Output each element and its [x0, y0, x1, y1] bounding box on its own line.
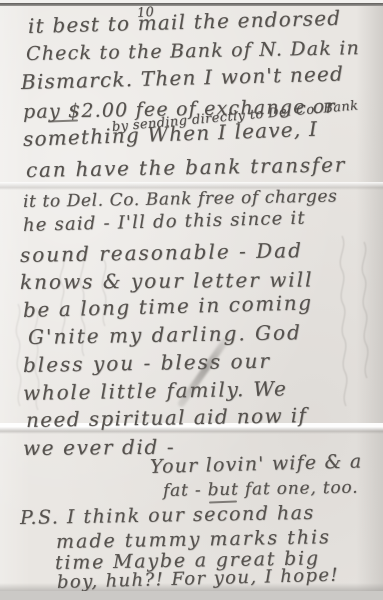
- handwritten-line: it best to mail the endorsed: [28, 6, 342, 38]
- handwritten-line: bless you - bless our: [23, 349, 271, 377]
- handwritten-line: knows & your letter will: [20, 267, 314, 294]
- bleed-through-marks: [330, 232, 380, 416]
- handwritten-line: G'nite my darling. God: [28, 320, 302, 349]
- scan-background-band: [0, 591, 383, 600]
- closing-line: Your lovin' wife & a: [150, 449, 363, 479]
- handwritten-line: need spiritual aid now if: [26, 403, 308, 432]
- handwritten-line: Bismarck. Then I won't need: [21, 62, 345, 94]
- closing-line: fat - but fat one, too.: [163, 476, 359, 503]
- handwritten-line: can have the bank transfer: [26, 152, 346, 182]
- handwritten-line: sound reasonable - Dad: [20, 238, 303, 267]
- letter-paper: 10 it best to mail the endorsed Check to…: [0, 0, 383, 591]
- handwritten-line: whole little family. We: [23, 376, 288, 405]
